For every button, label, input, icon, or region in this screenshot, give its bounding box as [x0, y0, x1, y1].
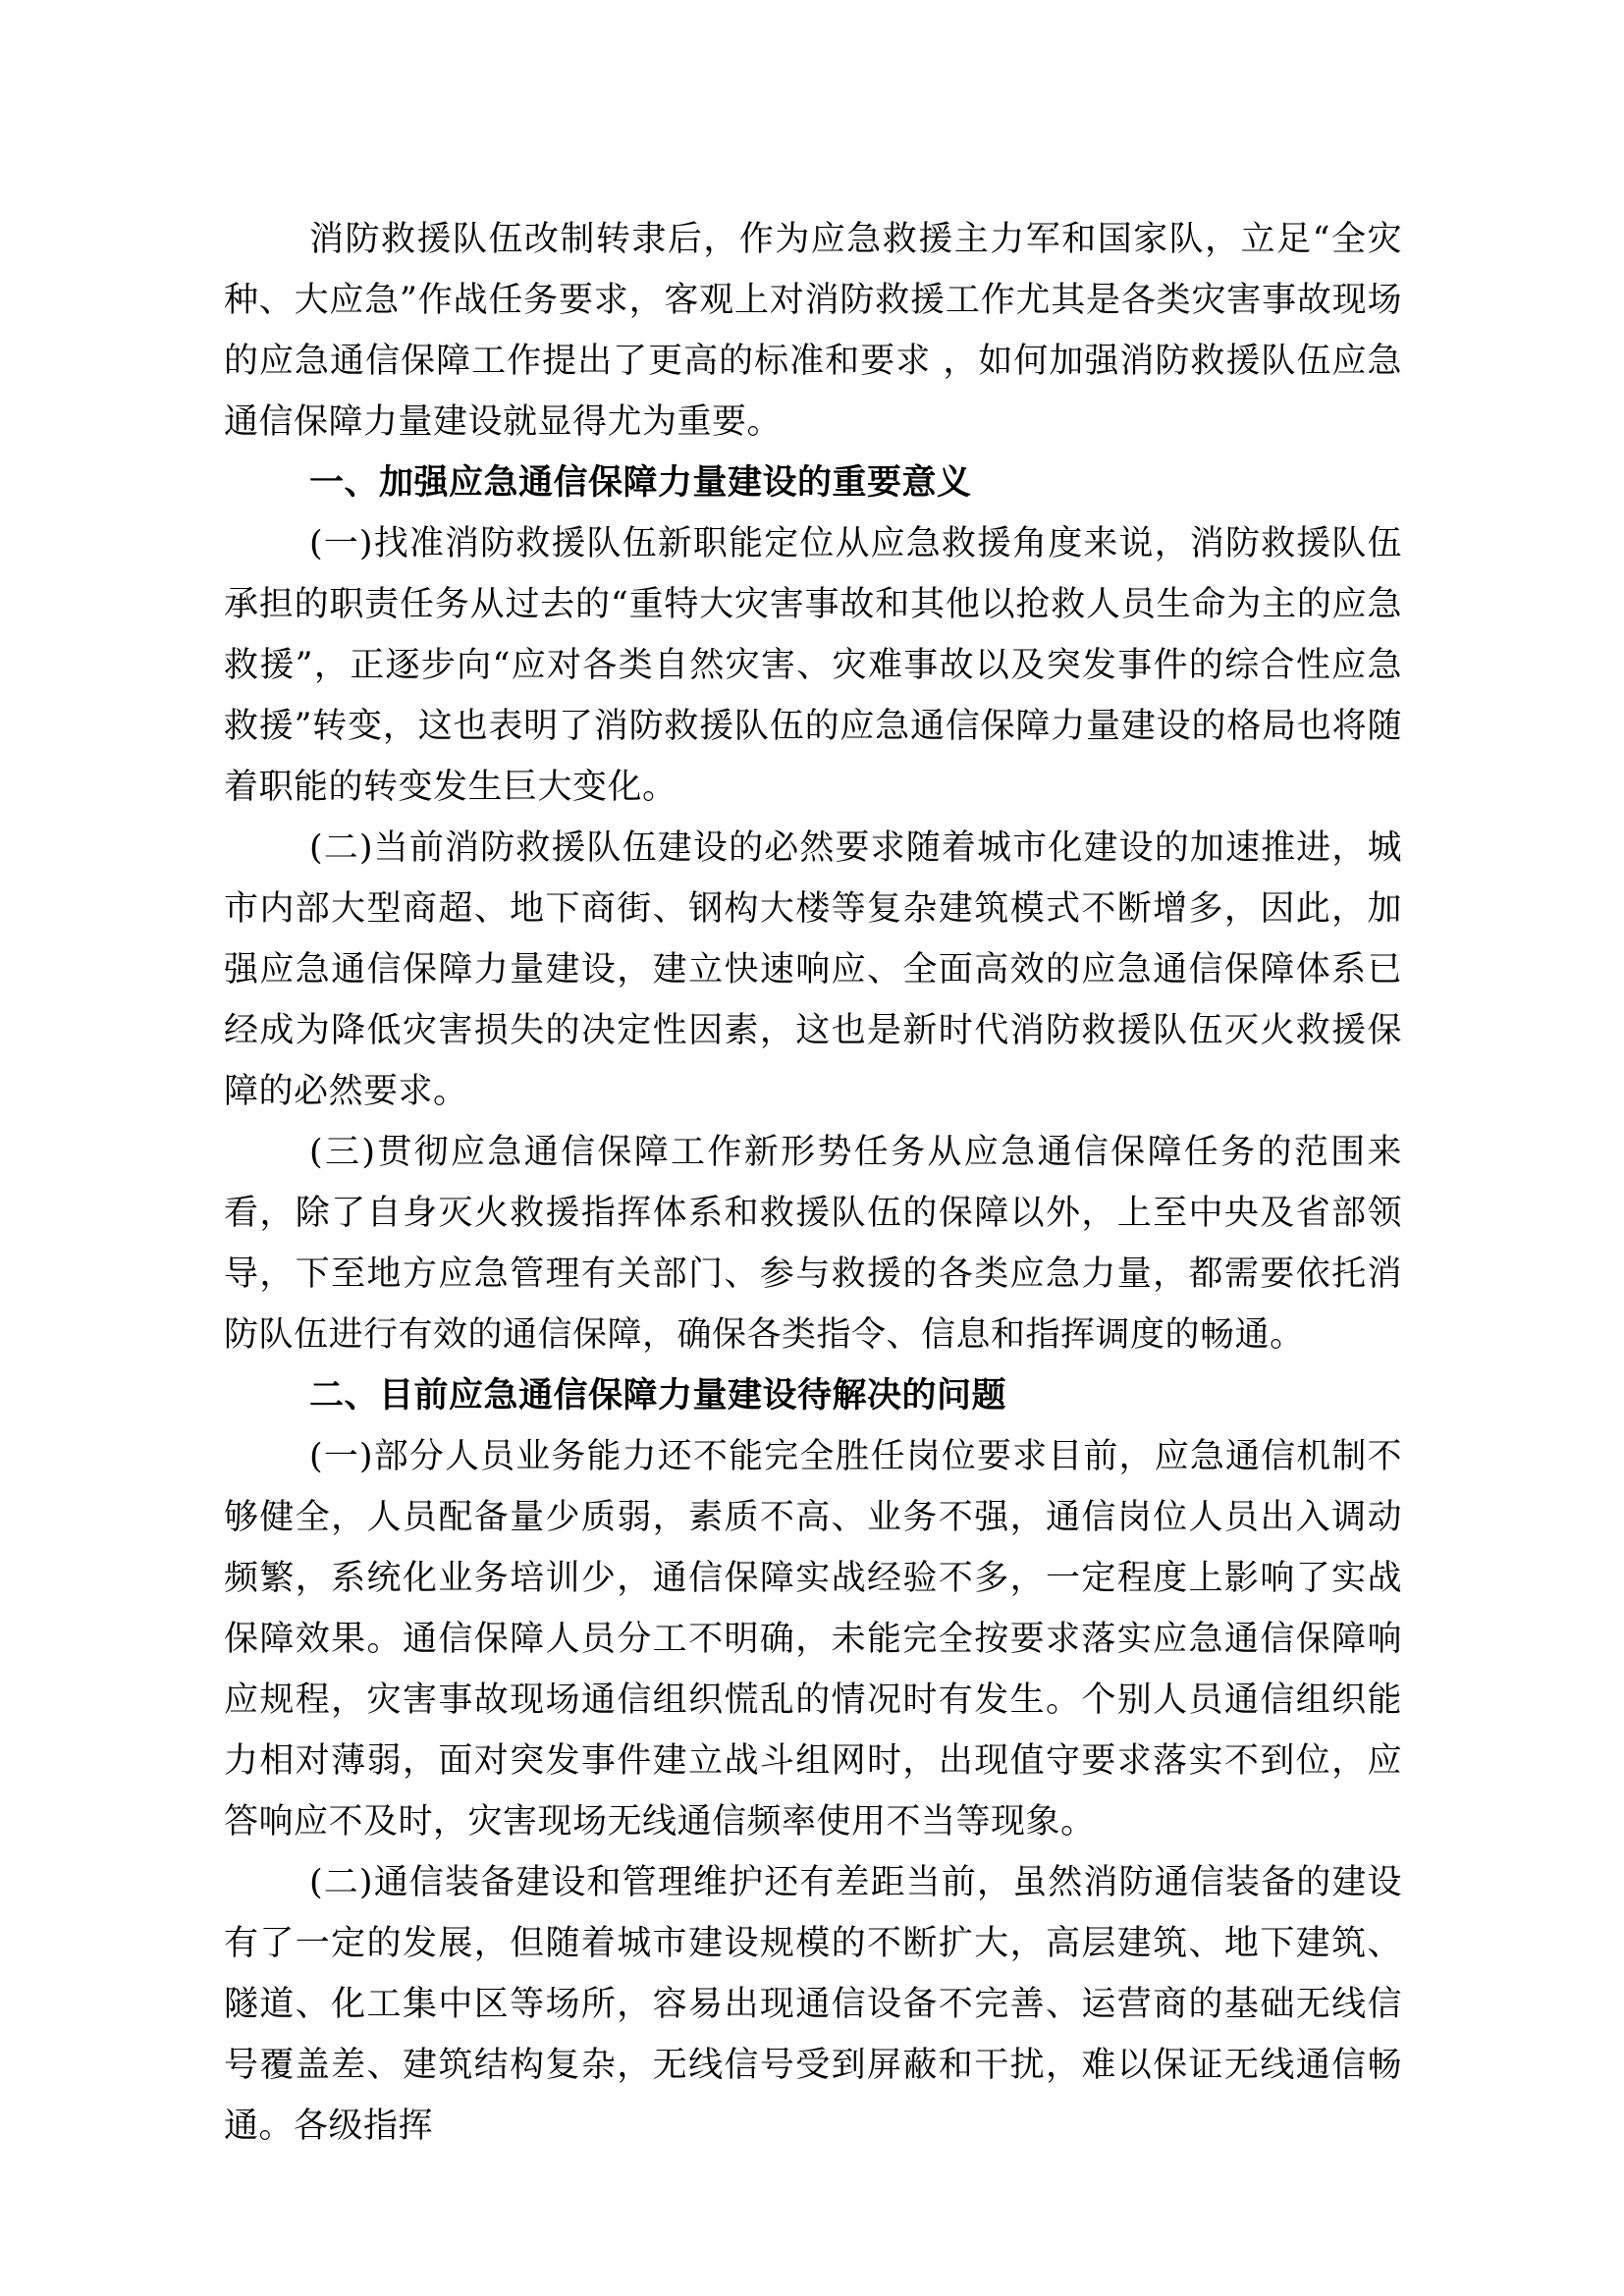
- paragraph: (二)通信装备建设和管理维护还有差距当前，虽然消防通信装备的建设有了一定的发展，…: [224, 1852, 1402, 2157]
- paragraph: (二)当前消防救援队伍建设的必然要求随着城市化建设的加速推进，城市内部大型商超、…: [224, 818, 1402, 1122]
- paragraph: (一)部分人员业务能力还不能完全胜任岗位要求目前，应急通信机制不够健全，人员配备…: [224, 1426, 1402, 1852]
- paragraph: (一)找准消防救援队伍新职能定位从应急救援角度来说，消防救援队伍承担的职责任务从…: [224, 513, 1402, 818]
- document-page: 消防救援队伍改制转隶后，作为应急救援主力军和国家队，立足“全灾种、大应急”作战任…: [0, 0, 1624, 2296]
- section-heading: 二、目前应急通信保障力量建设待解决的问题: [224, 1365, 1402, 1426]
- paragraph: (三)贯彻应急通信保障工作新形势任务从应急通信保障任务的范围来看，除了自身灭火救…: [224, 1122, 1402, 1365]
- document-body: 消防救援队伍改制转隶后，作为应急救援主力军和国家队，立足“全灾种、大应急”作战任…: [224, 209, 1402, 2157]
- paragraph: 消防救援队伍改制转隶后，作为应急救援主力军和国家队，立足“全灾种、大应急”作战任…: [224, 209, 1402, 453]
- section-heading: 一、加强应急通信保障力量建设的重要意义: [224, 453, 1402, 513]
